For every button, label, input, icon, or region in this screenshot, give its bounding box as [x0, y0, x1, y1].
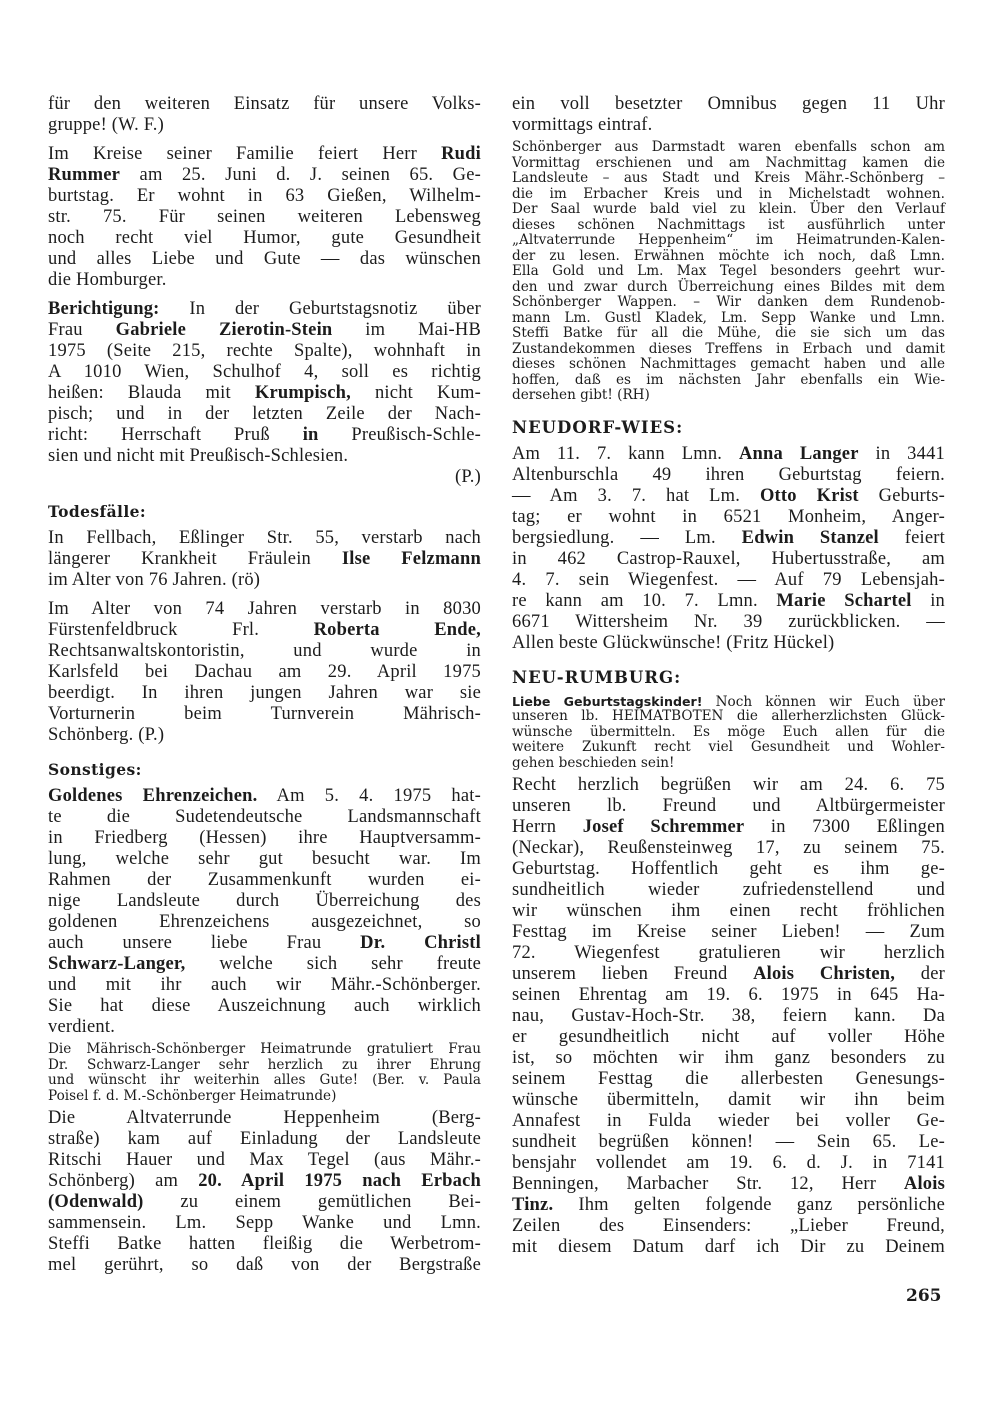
text-line: sundheit begrüßen können! — Sein 65. Le- — [512, 1132, 945, 1153]
paragraph-altvaterrunde: Die Altvaterrunde Heppenheim (Berg- stra… — [48, 1108, 481, 1276]
text-line: längerer Krankheit Fräulein Ilse Felzman… — [48, 549, 481, 570]
text-line: mann Lm. Gustl Kladek, Lm. Sepp Wanke un… — [512, 311, 945, 327]
text-line: er gesundheitlich nicht auf voller Höhe — [512, 1027, 945, 1048]
paragraph-berichtigung: Berichtigung: In der Geburtstagsnotiz üb… — [48, 299, 481, 488]
text-line: Goldenes Ehrenzeichen. Am 5. 4. 1975 hat… — [48, 786, 481, 807]
text-line: Rummer am 25. Juni d. J. seinen 65. Ge- — [48, 165, 481, 186]
text-line: gruppe! (W. F.) — [48, 115, 481, 136]
text-line: Im Alter von 74 Jahren verstarb in 8030 — [48, 599, 481, 620]
text-line: Zustandekommen dieses Treffens in Erbach… — [512, 342, 945, 358]
text-line: den und zwar durch Überreichung eines Bi… — [512, 280, 945, 296]
text-line: In Fellbach, Eßlinger Str. 55, verstarb … — [48, 528, 481, 549]
text-line: Dr. Schwarz-Langer sehr herzlich zu ihre… — [48, 1058, 481, 1074]
person-name: Rummer — [48, 165, 120, 185]
text-line: heißen: Blauda mit Krumpisch, nicht Kum- — [48, 383, 481, 404]
text-line: die im Erbacher Kreis und in Michelstadt… — [512, 187, 945, 203]
text-line: 4. 7. sein Wiegenfest. — Auf 79 Lebensja… — [512, 570, 945, 591]
text-line: seinem Festtag die allerbesten Genesungs… — [512, 1069, 945, 1090]
text-line: Rahmen der Zusammenkunft wurden ei- — [48, 870, 481, 891]
text-line: Landsleute – aus Stadt und Kreis Mähr.-S… — [512, 171, 945, 187]
text-line: lung, welche sehr gut besucht war. Im — [48, 849, 481, 870]
person-name: Gabriele Zierotin-Stein — [116, 320, 333, 340]
person-name: Alois Christen, — [753, 964, 895, 984]
text-line: Vorturnerin beim Turnverein Mährisch- — [48, 704, 481, 725]
place-name: Krumpisch, — [255, 383, 351, 403]
section-heading-neudorf-wies: NEUDORF-WIES: — [512, 418, 945, 438]
text-line: verdient. — [48, 1017, 481, 1038]
text-line: seinen Ehrentag am 19. 6. 1975 in 645 Ha… — [512, 985, 945, 1006]
text-line: Benningen, Marbacher Str. 12, Herr Alois — [512, 1174, 945, 1195]
text-line: in Friedberg (Hessen) ihre Hauptversamm- — [48, 828, 481, 849]
event-date-place: 20. April 1975 nach Erbach — [198, 1171, 481, 1191]
text-line: für den weiteren Einsatz für unsere Volk… — [48, 94, 481, 115]
text-line: (Odenwald) zu einem gemütlichen Bei- — [48, 1192, 481, 1213]
text-line: und mit ihr auch wir Mähr.-Schönberger. — [48, 975, 481, 996]
text-line: Berichtigung: In der Geburtstagsnotiz üb… — [48, 299, 481, 320]
text-line: Schönberger aus Darmstadt waren ebenfall… — [512, 140, 945, 156]
text-line: Steffi Batke hatten fleißig die Werbetro… — [48, 1234, 481, 1255]
person-name: Tinz. — [512, 1195, 553, 1215]
text-line: sundheitlich wieder zufriedenstellend un… — [512, 880, 945, 901]
text-line: 1975 (Seite 215, rechte Spalte), wohnhaf… — [48, 341, 481, 362]
text-line: — Am 3. 7. hat Lm. Otto Krist Geburts- — [512, 486, 945, 507]
text-line: Die Altvaterrunde Heppenheim (Berg- — [48, 1108, 481, 1129]
person-name: Rudi — [441, 144, 481, 164]
section-heading-neu-rumburg: NEU-RUMBURG: — [512, 668, 945, 688]
section-label: Berichtigung: — [48, 299, 160, 319]
page-number: 265 — [906, 1286, 942, 1306]
text-line: mit diesem Datum darf ich Dir zu Deinem — [512, 1237, 945, 1258]
text-line: Steffi Batke für all die Mühe, die sie s… — [512, 326, 945, 342]
text-line: A 1010 Wien, Schulhof 4, soll es richtig — [48, 362, 481, 383]
paragraph-darmstadt: Schönberger aus Darmstadt waren ebenfall… — [512, 140, 945, 404]
text-line: Schönberg) am 20. April 1975 nach Erbach — [48, 1171, 481, 1192]
text-line: Sie hat diese Auszeichnung auch wirklich — [48, 996, 481, 1017]
text-line: sammensein. Lm. Sepp Wanke und Lmn. — [48, 1213, 481, 1234]
paragraph-roberta-ende: Im Alter von 74 Jahren verstarb in 8030 … — [48, 599, 481, 746]
event-date-place: (Odenwald) — [48, 1192, 144, 1212]
paragraph-geburtstagskinder: Liebe Geburtstagskinder! Noch können wir… — [512, 694, 945, 772]
person-name: Schwarz-Langer, — [48, 954, 185, 974]
section-label: Goldenes Ehrenzeichen. — [48, 786, 257, 806]
person-name: Ilse Felzmann — [342, 549, 481, 569]
text-line: Liebe Geburtstagskinder! Noch können wir… — [512, 694, 945, 710]
text-line: wünsche übermitteln, damit wir ihn beim — [512, 1090, 945, 1111]
paragraph-goldenes-ehrenzeichen: Goldenes Ehrenzeichen. Am 5. 4. 1975 hat… — [48, 786, 481, 1038]
text-line: str. 75. Für seinen weiteren Lebensweg — [48, 207, 481, 228]
paragraph-ilse-felzmann: In Fellbach, Eßlinger Str. 55, verstarb … — [48, 528, 481, 591]
text-line: Zeilen des Einsenders: „Lieber Freund, — [512, 1216, 945, 1237]
text-line: burtstag. Er wohnt in 63 Gießen, Wilhelm… — [48, 186, 481, 207]
paragraph-neudorf-birthdays: Am 11. 7. kann Lmn. Anna Langer in 3441 … — [512, 444, 945, 654]
person-name: Marie Schartel — [776, 591, 911, 611]
text-line: re kann am 10. 7. Lmn. Marie Schartel in — [512, 591, 945, 612]
text-line: hoffen, daß es im nächsten Jahr ebenfall… — [512, 373, 945, 389]
text-line: Tinz. Ihm gelten folgende ganz persönlic… — [512, 1195, 945, 1216]
text-line: ist, so möchten wir ihm ganz besonders z… — [512, 1048, 945, 1069]
text-line: mel gerührt, so daß von der Bergstraße — [48, 1255, 481, 1276]
text-line: Festtag im Kreise seiner Lieben! — Zum — [512, 922, 945, 943]
text-line: dersehen gibt! (RH) — [512, 388, 945, 404]
text-line: und alles Liebe und Gute — das wünschen — [48, 249, 481, 270]
text-line: Am 11. 7. kann Lmn. Anna Langer in 3441 — [512, 444, 945, 465]
text-line: die Homburger. — [48, 270, 481, 291]
text-line: unserem lieben Freund Alois Christen, de… — [512, 964, 945, 985]
text-line: Recht herzlich begrüßen wir am 24. 6. 75 — [512, 775, 945, 796]
person-name: Edwin Stanzel — [742, 528, 879, 548]
text-line: straße) kam auf Einladung der Landsleute — [48, 1129, 481, 1150]
text-line: nau, Gustav-Hoch-Str. 38, feiern kann. D… — [512, 1006, 945, 1027]
text-line: Herrn Josef Schremmer in 7300 Eßlingen — [512, 817, 945, 838]
text-line: im Alter von 76 Jahren. (rö) — [48, 570, 481, 591]
text-line: dieses schönen Nachmittages gemacht habe… — [512, 357, 945, 373]
text-line: Allen beste Glückwünsche! (Fritz Hückel) — [512, 633, 945, 654]
person-name: Anna Langer — [739, 444, 859, 464]
text-line: Poisel f. d. M.-Schönberger Heimatrunde) — [48, 1089, 481, 1105]
section-heading-sonstiges: Sonstiges: — [48, 760, 481, 780]
text-line: 72. Wiegenfest gratulieren wir herzlich — [512, 943, 945, 964]
text-line: bensjahr vollendet am 19. 6. d. J. in 71… — [512, 1153, 945, 1174]
text-line: der zu lesen. Erwähnen möchte ich noch, … — [512, 249, 945, 265]
text-line: goldenen Ehrenzeichens ausgezeichnet, so — [48, 912, 481, 933]
person-name: Roberta Ende, — [314, 620, 481, 640]
paragraph-omnibus: ein voll besetzter Omnibus gegen 11 Uhr … — [512, 94, 945, 136]
text-line: auch unsere liebe Frau Dr. Christl — [48, 933, 481, 954]
person-name: Dr. Christl — [360, 933, 481, 953]
person-name: Alois — [904, 1174, 945, 1194]
paragraph-schremmer-christen-tinz: Recht herzlich begrüßen wir am 24. 6. 75… — [512, 775, 945, 1258]
text-line: wir wünschen ihm einen recht fröhlichen — [512, 901, 945, 922]
text-line: Annafest in Fulda wieder bei voller Ge- — [512, 1111, 945, 1132]
text-line: Frau Gabriele Zierotin-Stein im Mai-HB — [48, 320, 481, 341]
right-column: ein voll besetzter Omnibus gegen 11 Uhr … — [512, 94, 945, 1266]
text-line: gehen beschieden sein! — [512, 756, 945, 772]
text-line: beerdigt. In ihren jungen Jahren war sie — [48, 683, 481, 704]
section-heading-todesfaelle: Todesfälle: — [48, 502, 481, 522]
paragraph-volksgruppe: für den weiteren Einsatz für unsere Volk… — [48, 94, 481, 136]
text-line: noch recht viel Humor, gute Gesundheit — [48, 228, 481, 249]
text-line: Schwarz-Langer, welche sich sehr freute — [48, 954, 481, 975]
text-line: Der Saal wurde bald viel zu klein. Über … — [512, 202, 945, 218]
text-line: unseren lb. HEIMATBOTEN die allerherzlic… — [512, 709, 945, 725]
text-line: Ritschi Hauer und Max Tegel (aus Mähr.- — [48, 1150, 481, 1171]
paragraph-rudi-rummer: Im Kreise seiner Familie feiert Herr Rud… — [48, 144, 481, 291]
text-line: Schönberg. (P.) — [48, 725, 481, 746]
text-line: Altenburschla 49 ihren Geburtstag feiern… — [512, 465, 945, 486]
text-line: dieses schönen Nachmittags ist ausführli… — [512, 218, 945, 234]
text-line: Ella Gold und Lm. Max Tegel besonders ge… — [512, 264, 945, 280]
text-line: und wünscht ihr weiterhin alles Gute! (B… — [48, 1073, 481, 1089]
text-line: sien und nicht mit Preußisch-Schlesien. — [48, 446, 481, 467]
text-line: te die Sudetendeutsche Landsmannschaft — [48, 807, 481, 828]
text-line: (Neckar), Reußensteinweg 17, zu seinem 7… — [512, 838, 945, 859]
text-line: wünsche übermitteln. Es möge Euch allen … — [512, 725, 945, 741]
text-line: nige Landsleute durch Überreichung des — [48, 891, 481, 912]
author-signature: (P.) — [48, 467, 481, 488]
text-line: Karlsfeld bei Dachau am 29. April 1975 — [48, 662, 481, 683]
text-line: unseren lb. Freund und Altbürgermeister — [512, 796, 945, 817]
text-line: richt: Herrschaft Pruß in Preußisch-Schl… — [48, 425, 481, 446]
text-line: vormittags eintraf. — [512, 115, 945, 136]
text-line: „Altvaterrunde Heppenheim“ im Heimatrund… — [512, 233, 945, 249]
text-line: pisch; und in der letzten Zeile der Nach… — [48, 404, 481, 425]
paragraph-heimatrunde-gratuliert: Die Mährisch-Schönberger Heimatrunde gra… — [48, 1042, 481, 1104]
text-line: weitere Zukunft recht viel Gesundheit un… — [512, 740, 945, 756]
left-column: für den weiteren Einsatz für unsere Volk… — [48, 94, 481, 1284]
text-line: 6671 Wittersheim Nr. 39 zurückblicken. — — [512, 612, 945, 633]
text-line: Rechtsanwaltskontoristin, und wurde in — [48, 641, 481, 662]
text-line: Im Kreise seiner Familie feiert Herr Rud… — [48, 144, 481, 165]
section-label: Liebe Geburtstagskinder! — [512, 694, 702, 709]
person-name: Josef Schremmer — [583, 817, 745, 837]
text-line: Vormittag erschienen und am Nachmittag k… — [512, 156, 945, 172]
text-line: ein voll besetzter Omnibus gegen 11 Uhr — [512, 94, 945, 115]
text-line: in 462 Castrop-Rauxel, Hubertusstraße, a… — [512, 549, 945, 570]
person-name: Otto Krist — [760, 486, 859, 506]
text-line: Geburtstag. Hoffentlich geht es ihm ge- — [512, 859, 945, 880]
text-line: Die Mährisch-Schönberger Heimatrunde gra… — [48, 1042, 481, 1058]
text-line: Schönberger Wappen. – Wir danken dem Run… — [512, 295, 945, 311]
text-line: bergsiedlung. — Lm. Edwin Stanzel feiert — [512, 528, 945, 549]
text-line: Fürstenfeldbruck Frl. Roberta Ende, — [48, 620, 481, 641]
text-line: tag; er wohnt in 6521 Monheim, Anger- — [512, 507, 945, 528]
